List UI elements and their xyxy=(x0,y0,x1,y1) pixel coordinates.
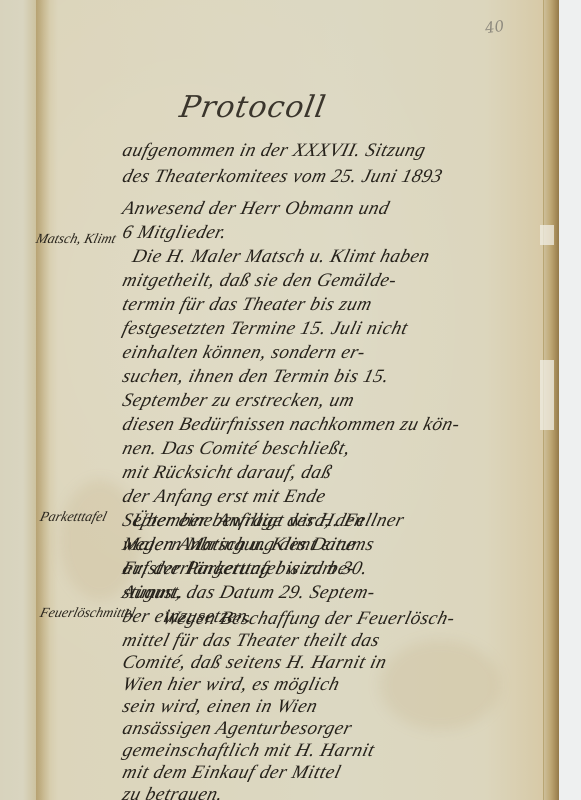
tape-strip xyxy=(540,360,554,430)
section-line: sein wird, einen in Wien xyxy=(120,696,320,718)
section-line: einhalten können, sondern er- xyxy=(120,342,368,364)
header-line: aufgenommen in der XXXVII. Sitzung xyxy=(120,140,428,162)
paper-stain xyxy=(380,640,500,730)
document-title: Protocoll xyxy=(177,90,329,125)
header-line: des Theaterkomitees vom 25. Juni 1893 xyxy=(120,166,445,188)
section-line: Die H. Maler Matsch u. Klimt haben xyxy=(130,246,432,268)
margin-label-matsch-klimt: Matsch, Klimt xyxy=(34,232,117,248)
section-line: Wien hier wird, es möglich xyxy=(120,674,342,696)
section-line: Über eine Anfrage des H. Fellner xyxy=(130,510,407,532)
section-line: stimmt, das Datum 29. Septem- xyxy=(120,582,377,604)
section-line: mit Rücksicht darauf, daß xyxy=(120,462,334,484)
section-line: termin für das Theater bis zum xyxy=(120,294,374,316)
section-line: nen. Das Comité beschließt, xyxy=(120,438,353,460)
section-line: der Anfang erst mit Ende xyxy=(120,486,328,508)
section-line: mit dem Einkauf der Mittel xyxy=(120,762,343,784)
photo-scene: 40 Protocoll aufgenommen in der XXXVII. … xyxy=(0,0,581,800)
section-line: wegen Anbringung des Datums xyxy=(120,534,377,556)
section-line: suchen, ihnen den Termin bis 15. xyxy=(120,366,391,388)
section-line: Comité, daß seitens H. Harnit in xyxy=(120,652,389,674)
margin-label-parketttafel: Parketttafel xyxy=(38,510,108,526)
section-line: festgesetzten Termine 15. Juli nicht xyxy=(120,318,410,340)
section-line: zu betrauen. xyxy=(120,784,225,800)
gutter-shadow xyxy=(36,0,50,800)
page-number: 40 xyxy=(484,17,505,37)
section-line: September zu erstrecken, um xyxy=(120,390,357,412)
margin-label-feuerloeschmittel: Feuerlöschmittel xyxy=(38,606,137,622)
section-line: gemeinschaftlich mit H. Harnit xyxy=(120,740,377,762)
tape-strip xyxy=(540,225,554,245)
background-surface xyxy=(559,0,581,800)
section-line: ansässigen Agenturbesorger xyxy=(120,718,354,740)
attendance-line: 6 Mitglieder. xyxy=(120,222,229,244)
section-line: Wegen Beschaffung der Feuerlösch- xyxy=(160,608,457,630)
section-line: mitgetheilt, daß sie den Gemälde- xyxy=(120,270,399,292)
section-line: auf der Parketttafel wird be- xyxy=(120,558,357,580)
section-line: diesen Bedürfnissen nachkommen zu kön- xyxy=(120,414,462,436)
section-line: mittel für das Theater theilt das xyxy=(120,630,382,652)
attendance-line: Anwesend der Herr Obmann und xyxy=(120,198,392,220)
